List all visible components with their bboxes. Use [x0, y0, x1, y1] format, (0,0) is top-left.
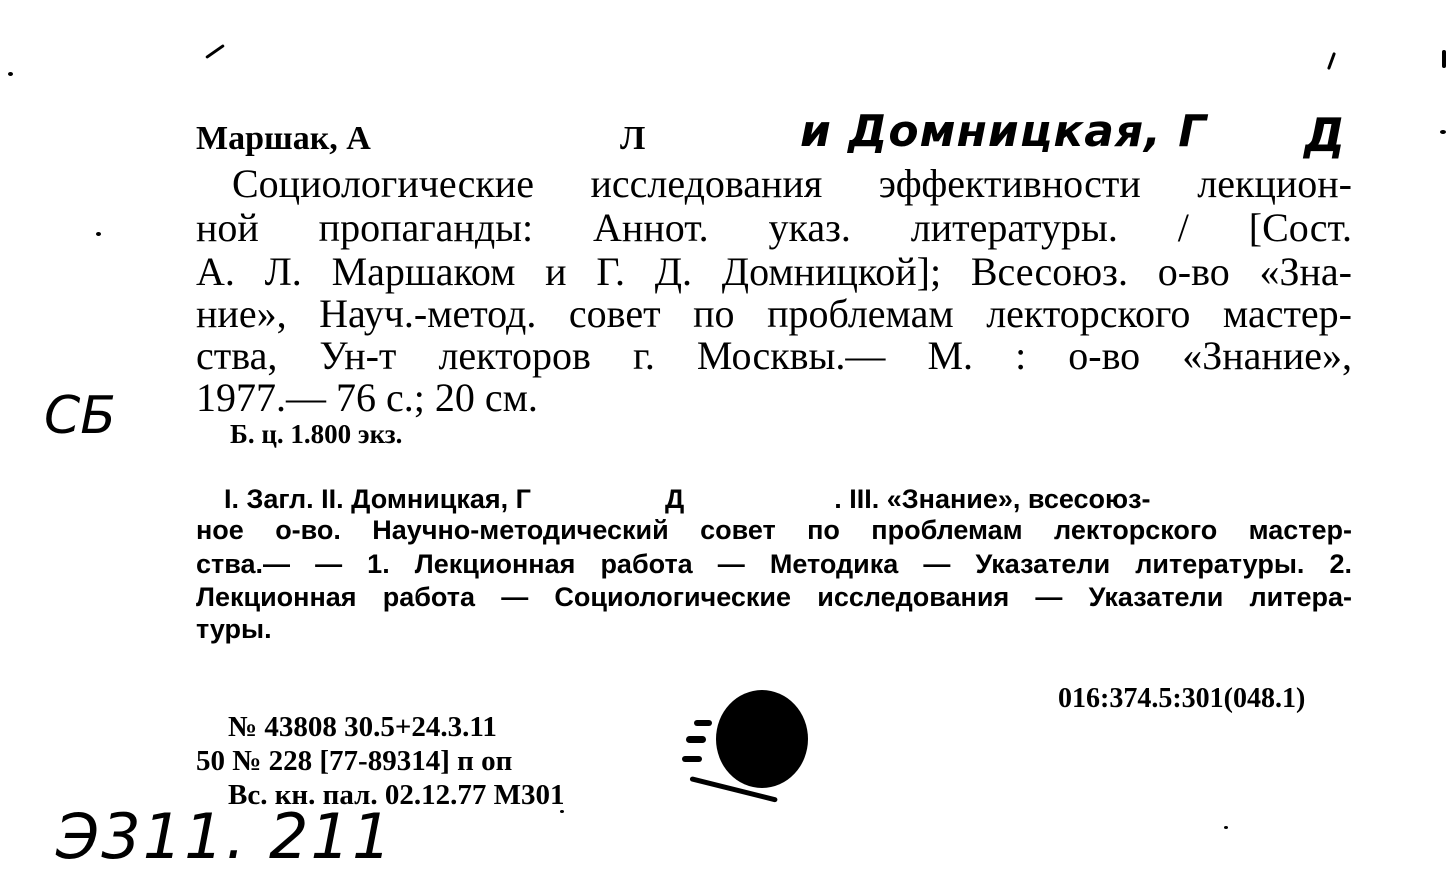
speck: [205, 44, 225, 59]
description-line: ной пропаганды: Аннот. указ. литературы.…: [196, 206, 1352, 250]
imprint-line: № 43808 30.5+24.3.11: [228, 710, 497, 745]
tracing-corporate: . III. «Знание», всесоюз-: [834, 484, 1150, 514]
tracing-line: туры.: [196, 614, 1352, 645]
speck: [1224, 826, 1228, 829]
description-line: ства, Ун-т лекторов г. Москвы.— М. : о-в…: [196, 334, 1352, 378]
tracing-title-author: I. Загл. II. Домницкая, Г: [224, 484, 531, 514]
tracing-line: ное о-во. Научно-методический совет по п…: [196, 515, 1352, 546]
speck: [1442, 50, 1446, 68]
price-run: Б. ц. 1.800 экз.: [230, 419, 402, 450]
tracing-line: ства.— — 1. Лекционная работа — Методика…: [196, 549, 1352, 580]
tracing-author-initial: Д: [665, 484, 684, 514]
handwritten-shelf-mark: Э311. 211: [56, 800, 393, 873]
punch-hole: [716, 690, 808, 788]
hole-tear-mark: [682, 756, 702, 762]
description-line: Социологические исследования эффективнос…: [232, 162, 1352, 206]
tracings-first-line: I. Загл. II. Домницкая, ГД. III. «Знание…: [224, 484, 1352, 515]
description-line: 1977.— 76 с.; 20 см.: [196, 376, 1352, 420]
imprint-line: 50 № 228 [77-89314] п оп: [196, 744, 512, 779]
speck: [1440, 130, 1446, 134]
hole-tear-mark: [694, 720, 712, 726]
catalog-card: Маршак, А Л и Домницкая, Г Д Социологиче…: [0, 0, 1456, 882]
handwritten-initial: Д: [1304, 108, 1345, 162]
author-heading: Маршак, А: [196, 120, 371, 158]
speck: [560, 810, 564, 813]
hole-tear-mark: [686, 736, 706, 743]
description-line: А. Л. Маршаком и Г. Д. Домницкой]; Всесо…: [196, 250, 1352, 294]
udc-classification: 016:374.5:301(048.1): [1058, 683, 1305, 715]
speck: [96, 232, 101, 236]
speck: [8, 72, 13, 76]
handwritten-coauthor: и Домницкая, Г: [800, 106, 1207, 157]
tracing-line: Лекционная работа — Социологические иссл…: [196, 582, 1352, 613]
author-initial: Л: [620, 120, 645, 158]
handwritten-margin-mark: СБ: [44, 386, 116, 446]
description-line: ние», Науч.-метод. совет по проблемам ле…: [196, 292, 1352, 336]
speck: [1327, 52, 1336, 70]
